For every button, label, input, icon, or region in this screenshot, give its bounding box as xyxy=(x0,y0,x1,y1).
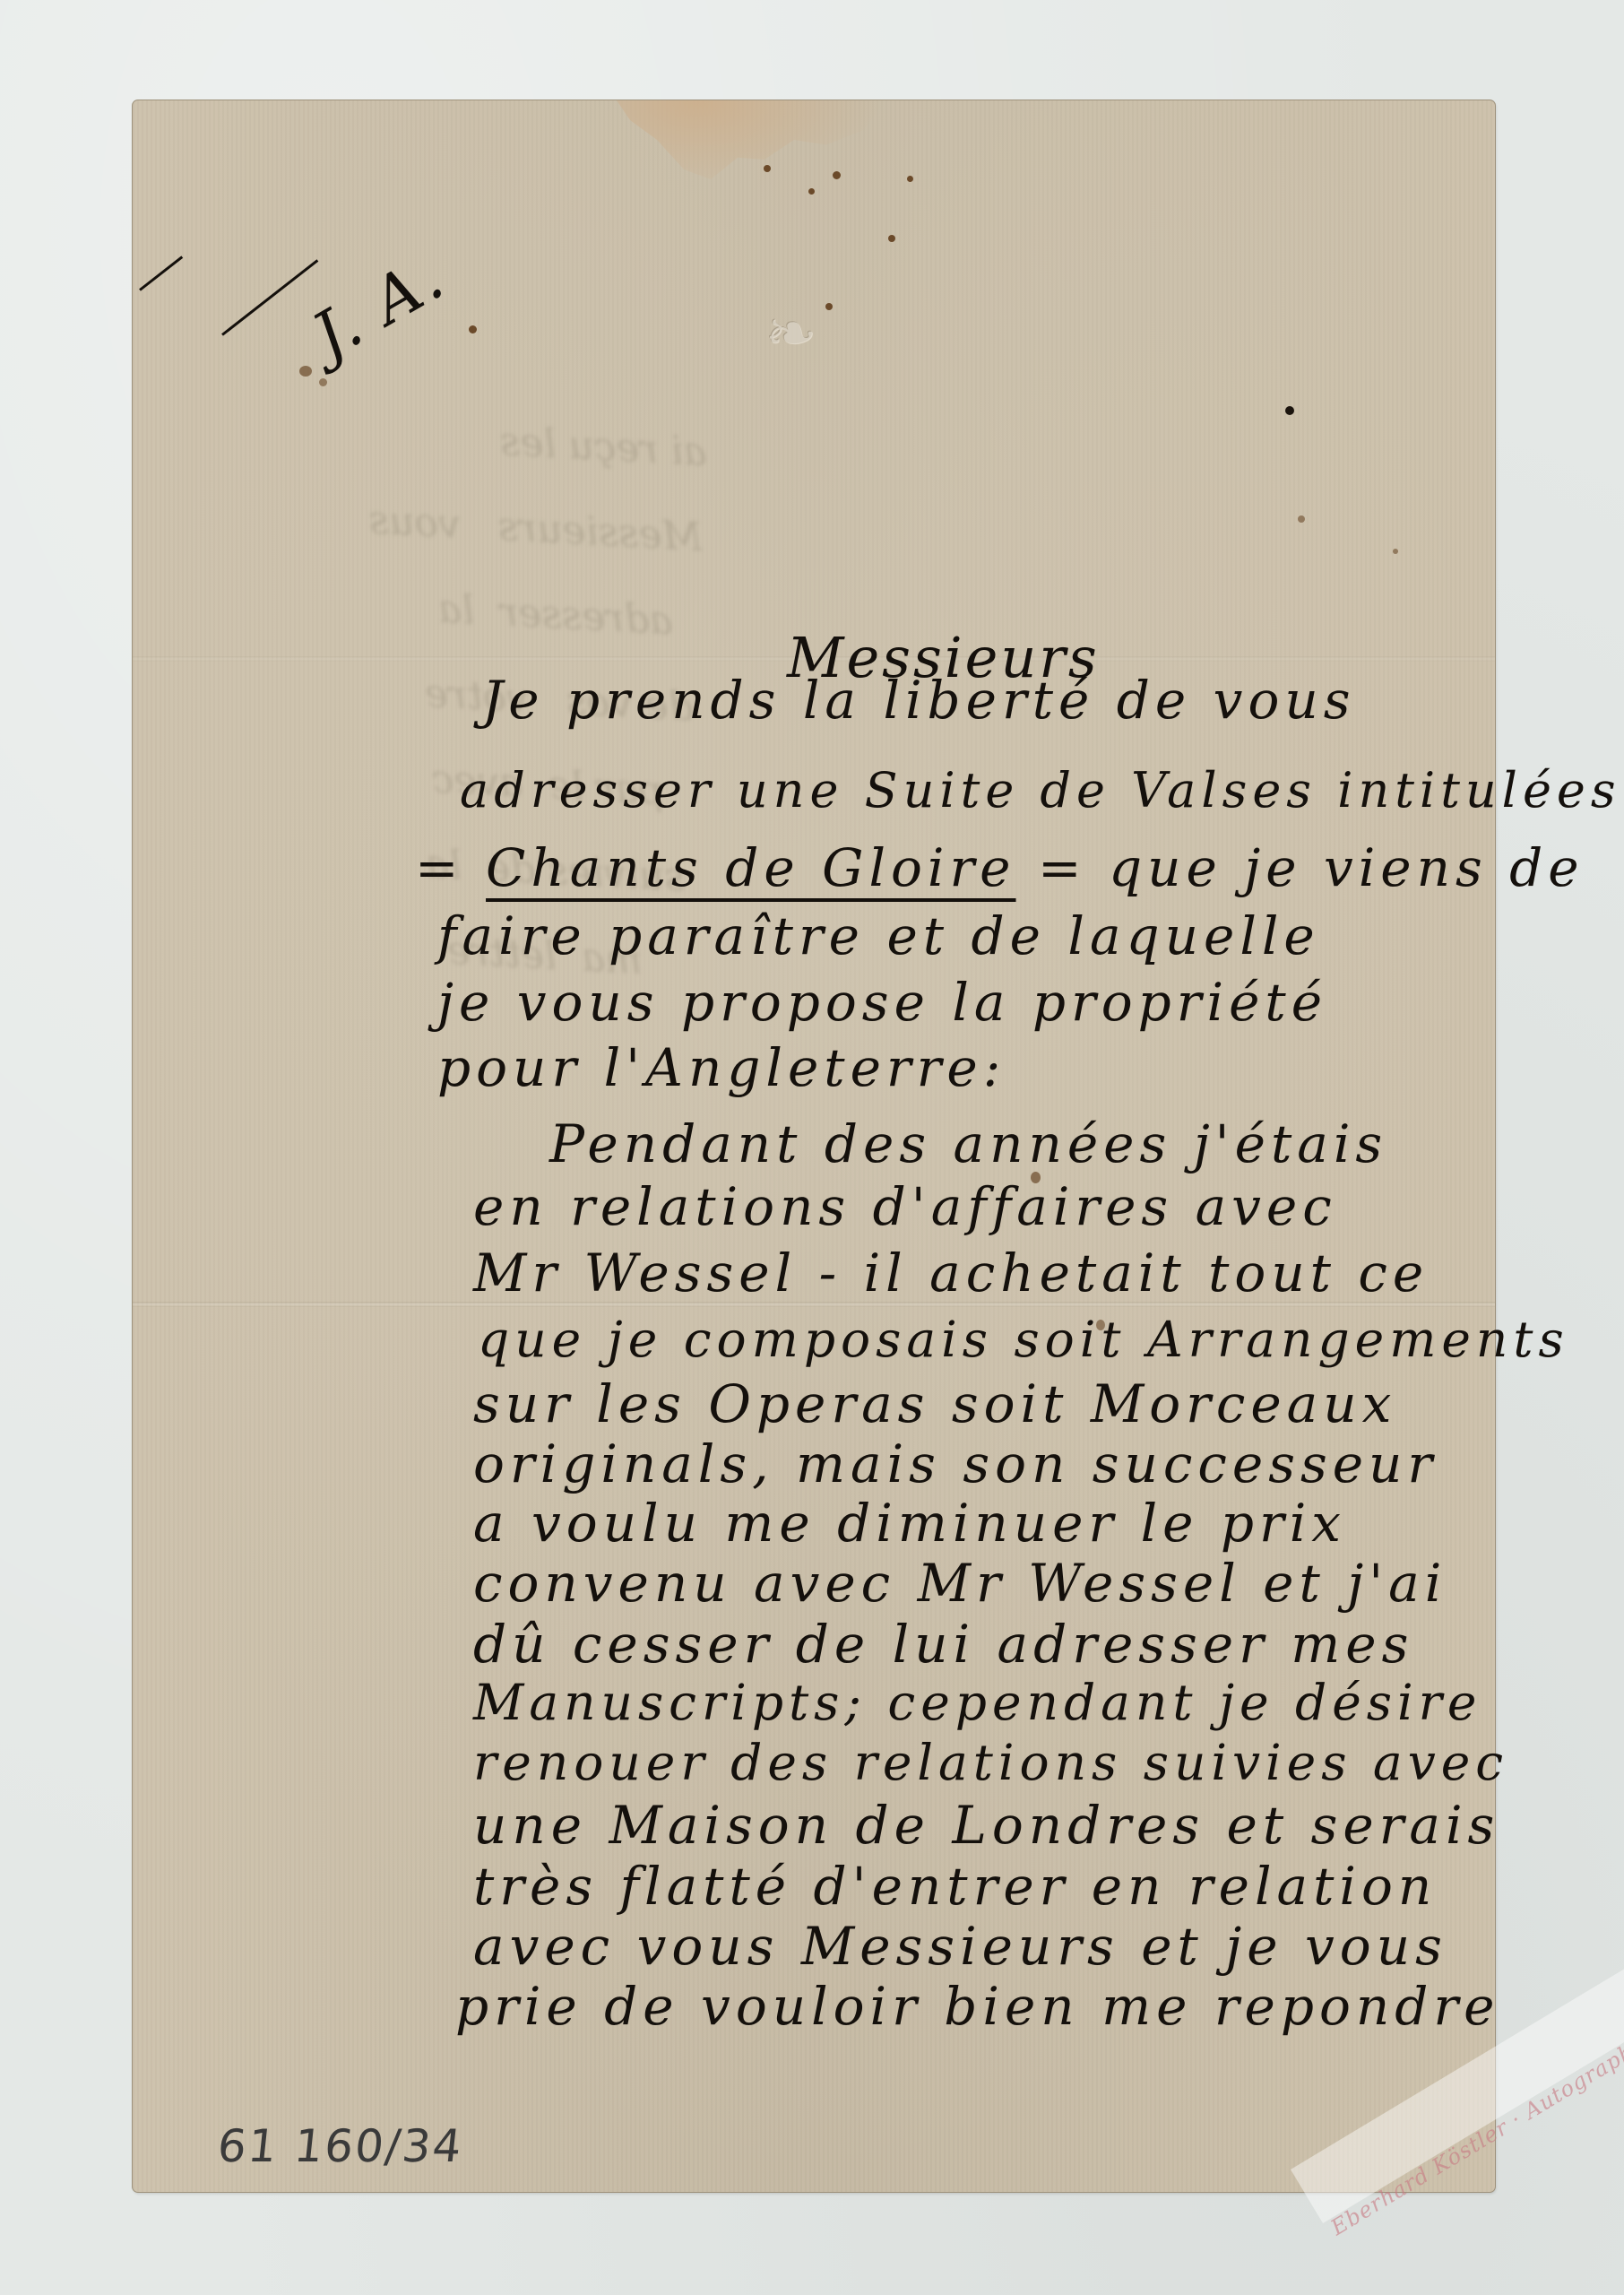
foxing-spot xyxy=(808,188,815,195)
foxing-spot xyxy=(825,303,833,310)
letter-line: Manuscripts; cependant je désire xyxy=(473,1674,1481,1731)
letter-line: pour l'Angleterre: xyxy=(437,1037,1006,1098)
embossed-monogram-icon: ❧ xyxy=(751,284,832,383)
letter-line: Pendant des années j'étais xyxy=(549,1113,1387,1174)
water-stain-top xyxy=(617,100,885,199)
letter-sheet: ❧ ai reçu les Messieurs vous adresser la… xyxy=(133,100,1495,2192)
foxing-spot xyxy=(833,171,841,179)
title-suffix: = que je viens de xyxy=(1016,837,1585,898)
letter-line: originals, mais son successeur xyxy=(473,1433,1438,1494)
foxing-spot xyxy=(469,325,477,333)
initials-stroke xyxy=(221,259,318,335)
letter-line: en relations d'affaires avec xyxy=(473,1176,1337,1237)
letter-line: adresser une Suite de Valses intitulées xyxy=(460,762,1621,818)
foxing-spot xyxy=(1285,406,1294,415)
letter-line: une Maison de Londres et serais xyxy=(473,1795,1499,1856)
foxing-spot xyxy=(1298,515,1305,523)
letter-line: prie de vouloir bien me repondre xyxy=(455,1976,1499,2037)
letter-line: très flatté d'entrer en relation xyxy=(473,1856,1437,1917)
letter-line: faire paraître et de laquelle xyxy=(437,905,1320,966)
work-title: Chants de Gloire xyxy=(486,837,1015,898)
letter-line: que je composais soit Arrangements xyxy=(478,1311,1569,1368)
letter-line: = Chants de Gloire = que je viens de xyxy=(415,837,1585,898)
letter-line: renouer des relations suivies avec xyxy=(473,1734,1508,1791)
foxing-spot xyxy=(299,366,312,377)
letter-line: convenu avec Mr Wessel et j'ai xyxy=(473,1553,1447,1614)
foxing-spot xyxy=(907,176,913,182)
letter-line: avec vous Messieurs et je vous xyxy=(473,1916,1447,1977)
letter-line: a voulu me diminuer le prix xyxy=(473,1493,1346,1554)
foxing-spot xyxy=(764,165,771,172)
letter-line: dû cesser de lui adresser mes xyxy=(473,1614,1413,1675)
foxing-spot xyxy=(319,378,327,386)
foxing-spot xyxy=(888,235,895,242)
letter-line: Mr Wessel - il achetait tout ce xyxy=(473,1243,1429,1303)
letter-line: sur les Operas soit Morceaux xyxy=(473,1373,1396,1434)
initials-stroke xyxy=(139,255,183,290)
corner-initials: J. A. xyxy=(300,240,457,373)
catalog-number: 61 160/34 xyxy=(215,2120,466,2172)
foxing-spot xyxy=(1393,549,1398,554)
title-prefix: = xyxy=(415,837,486,898)
letter-line: je vous propose la propriété xyxy=(437,972,1327,1033)
letter-line: Je prends la liberté de vous xyxy=(482,670,1355,731)
